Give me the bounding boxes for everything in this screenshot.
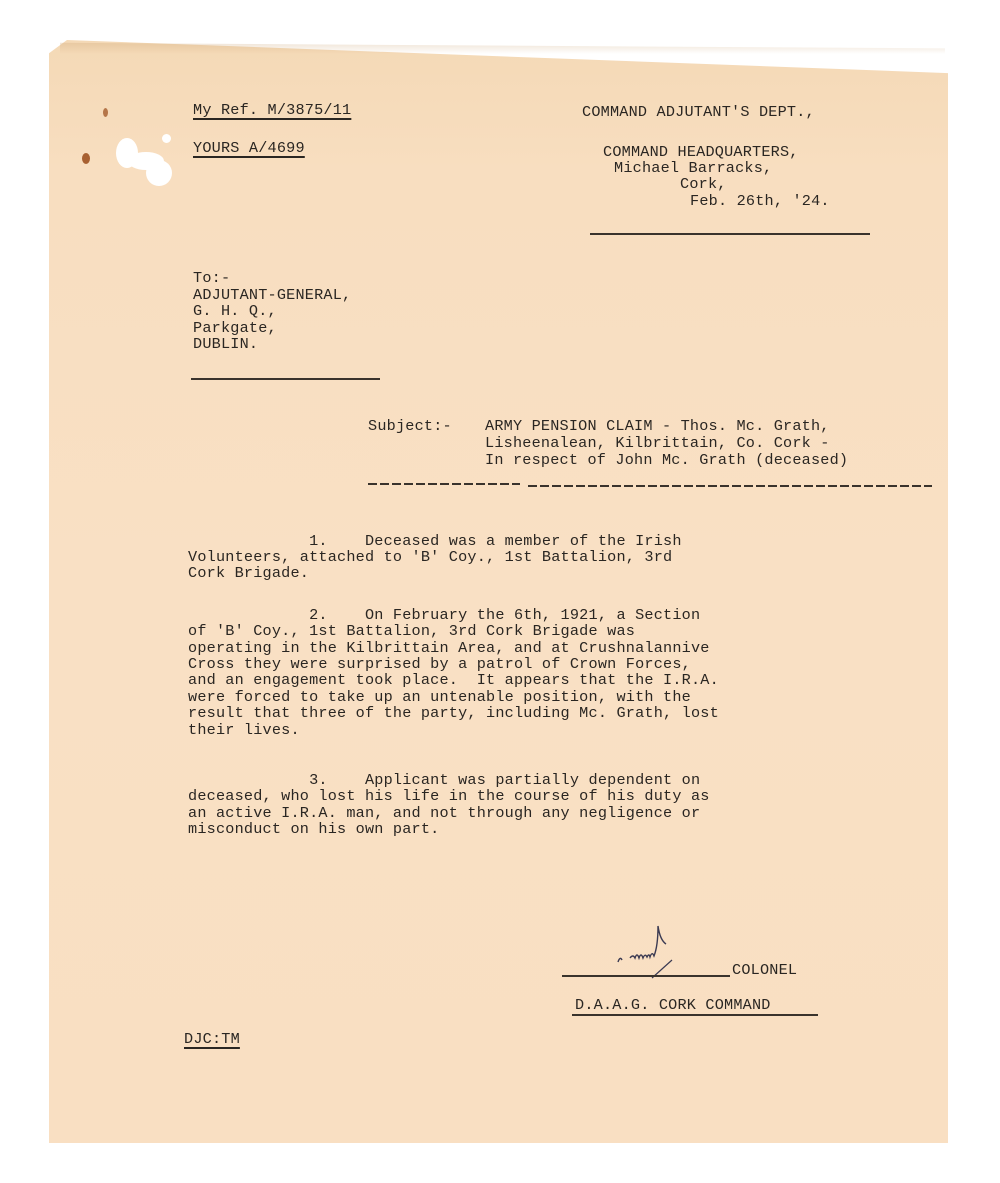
signatory-rank: COLONEL: [732, 962, 797, 978]
paragraph-line: Cork Brigade.: [188, 565, 309, 581]
paragraph-line: of 'B' Coy., 1st Battalion, 3rd Cork Bri…: [188, 623, 635, 639]
paper-edge-shadow: [60, 40, 945, 54]
typist-initials: DJC:TM: [184, 1031, 240, 1047]
subject-dashed-rule: [528, 485, 932, 487]
paragraph-line: operating in the Kilbrittain Area, and a…: [188, 640, 710, 656]
paragraph-line: were forced to take up an untenable posi…: [188, 689, 691, 705]
handwritten-signature: [590, 912, 720, 982]
recipient-line: G. H. Q.,: [193, 303, 277, 319]
paper-hole: [146, 160, 172, 186]
paragraph-line: Cross they were surprised by a patrol of…: [188, 656, 691, 672]
recipient-line: DUBLIN.: [193, 336, 258, 352]
divider: [572, 1014, 818, 1016]
divider: [590, 233, 870, 235]
subject-line: Lisheenalean, Kilbrittain, Co. Cork -: [485, 435, 830, 451]
paragraph-line: an active I.R.A. man, and not through an…: [188, 805, 700, 821]
sender-line: Michael Barracks,: [614, 160, 772, 176]
paragraph-line: Volunteers, attached to 'B' Coy., 1st Ba…: [188, 549, 672, 565]
my-reference: My Ref. M/3875/11: [193, 102, 351, 118]
paragraph-line: 1. Deceased was a member of the Irish: [188, 533, 682, 549]
sender-department: COMMAND ADJUTANT'S DEPT.,: [582, 104, 815, 120]
your-reference: YOURS A/4699: [193, 140, 305, 156]
subject-line: In respect of John Mc. Grath (deceased): [485, 452, 848, 468]
signature-line: [562, 975, 730, 977]
divider: [191, 378, 380, 380]
paragraph-line: 2. On February the 6th, 1921, a Section: [188, 607, 700, 623]
subject-line: ARMY PENSION CLAIM - Thos. Mc. Grath,: [485, 418, 830, 434]
sender-line: COMMAND HEADQUARTERS,: [603, 144, 799, 160]
rust-stain: [103, 108, 108, 117]
paragraph-line: misconduct on his own part.: [188, 821, 439, 837]
signatory-title: D.A.A.G. CORK COMMAND: [575, 997, 771, 1013]
letter-date: Feb. 26th, '24.: [690, 193, 830, 209]
subject-dashed-rule: [368, 483, 520, 485]
paper-hole: [162, 134, 171, 143]
paragraph-line: and an engagement took place. It appears…: [188, 672, 719, 688]
paragraph-line: deceased, who lost his life in the cours…: [188, 788, 710, 804]
paragraph-line: their lives.: [188, 722, 300, 738]
rust-stain: [82, 153, 90, 164]
recipient-line: ADJUTANT-GENERAL,: [193, 287, 351, 303]
paragraph-line: result that three of the party, includin…: [188, 705, 719, 721]
recipient-line: Parkgate,: [193, 320, 277, 336]
sender-line: Cork,: [680, 176, 727, 192]
to-label: To:-: [193, 270, 230, 286]
subject-label: Subject:-: [368, 418, 452, 434]
paragraph-line: 3. Applicant was partially dependent on: [188, 772, 700, 788]
